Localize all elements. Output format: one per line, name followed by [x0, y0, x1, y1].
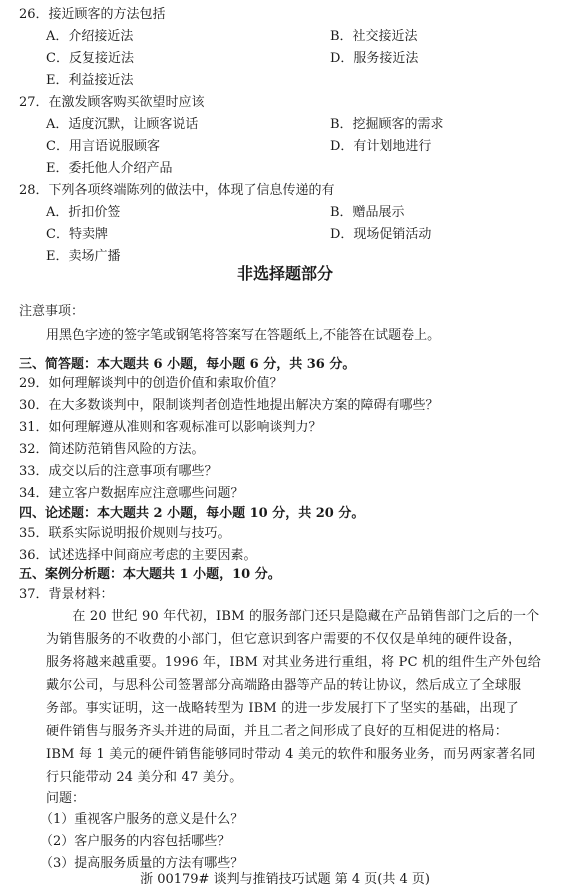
q30: 30．在大多数谈判中，限制谈判者创造性地提出解决方案的障碍有哪些？ — [19, 398, 439, 414]
section-title: 非选择题部分 — [0, 266, 570, 282]
notice-label: 注意事项： — [19, 304, 84, 320]
q27-option-d: D．有计划地进行 — [330, 139, 431, 155]
q26-option-c: C．反复接近法 — [46, 51, 134, 67]
material-line-8: 行只能带动 24 美分和 47 美分。 — [46, 770, 531, 786]
sub-question-3: （3）提高服务质量的方法有哪些？ — [40, 856, 243, 872]
q26-option-a: A．介绍接近法 — [46, 29, 133, 45]
q28-option-c: C．特卖牌 — [46, 227, 108, 243]
q28-stem: 28．下列各项终端陈列的做法中，体现了信息传递的有 — [19, 183, 335, 199]
q27-option-e: E．委托他人介绍产品 — [46, 161, 173, 177]
part5-header: 五、案例分析题：本大题共 1 小题，10 分。 — [19, 567, 281, 583]
q28-option-e: E．卖场广播 — [46, 249, 121, 265]
q26-option-d: D．服务接近法 — [330, 51, 418, 67]
q26-option-e: E．利益接近法 — [46, 73, 134, 89]
material-line-2: 为销售服务的不收费的小部门，但它意识到客户需要的不仅仅是单纯的硬件设备， — [46, 632, 531, 648]
material-line-6: 硬件销售与服务齐头并进的局面，并且二者之间形成了良好的互相促进的格局： — [46, 724, 531, 740]
q35: 35．联系实际说明报价规则与技巧。 — [19, 526, 231, 542]
q28-option-a: A．折扣价签 — [46, 205, 120, 221]
q37-label: 37．背景材料： — [19, 587, 114, 603]
q28-option-d: D．现场促销活动 — [330, 227, 431, 243]
q26-option-b: B．社交接近法 — [330, 29, 418, 45]
material-line-5: 务部。事实证明，这一战略转型为 IBM 的进一步发展打下了坚实的基础，出现了 — [46, 701, 531, 717]
questions-label: 问题： — [46, 791, 85, 807]
sub-question-1: （1）重视客户服务的意义是什么？ — [40, 812, 243, 828]
part3-header: 三、简答题：本大题共 6 小题，每小题 6 分，共 36 分。 — [19, 357, 355, 373]
part4-header: 四、论述题：本大题共 2 小题，每小题 10 分，共 20 分。 — [19, 506, 364, 522]
material-line-7: IBM 每 1 美元的硬件销售能够同时带动 4 美元的软件和服务业务，而另两家著… — [46, 747, 531, 763]
material-line-4: 戴尔公司，与思科公司签署部分高端路由器等产品的转让协议，然后成立了全球服 — [46, 678, 531, 694]
notice-text: 用黑色字迹的签字笔或钢笔将答案写在答题纸上,不能答在试题卷上。 — [46, 328, 440, 344]
material-line-3: 服务将越来越重要。1996 年，IBM 对其业务进行重组，将 PC 机的组件生产… — [46, 655, 531, 671]
q26-stem: 26．接近顾客的方法包括 — [19, 7, 166, 23]
q27-stem: 27．在激发顾客购买欲望时应该 — [19, 95, 205, 111]
q28-option-b: B．赠品展示 — [330, 205, 405, 221]
q36: 36．试述选择中间商应考虑的主要因素。 — [19, 548, 257, 564]
q34: 34．建立客户数据库应注意哪些问题？ — [19, 486, 244, 502]
q27-option-a: A．适度沉默，让顾客说话 — [46, 117, 198, 133]
q32: 32．简述防范销售风险的方法。 — [19, 442, 205, 458]
q31: 31．如何理解遵从准则和客观标准可以影响谈判力？ — [19, 420, 322, 436]
q27-option-b: B．挖掘顾客的需求 — [330, 117, 444, 133]
page-footer: 浙 00179# 谈判与推销技巧试题 第 4 页(共 4 页) — [0, 872, 570, 888]
material-line-1: 在 20 世纪 90 年代初，IBM 的服务部门还只是隐藏在产品销售部门之后的一… — [46, 609, 531, 625]
sub-question-2: （2）客户服务的内容包括哪些？ — [40, 834, 230, 850]
q29: 29．如何理解谈判中的创造价值和索取价值？ — [19, 376, 283, 392]
q33: 33．成交以后的注意事项有哪些？ — [19, 464, 218, 480]
q27-option-c: C．用言语说服顾客 — [46, 139, 160, 155]
